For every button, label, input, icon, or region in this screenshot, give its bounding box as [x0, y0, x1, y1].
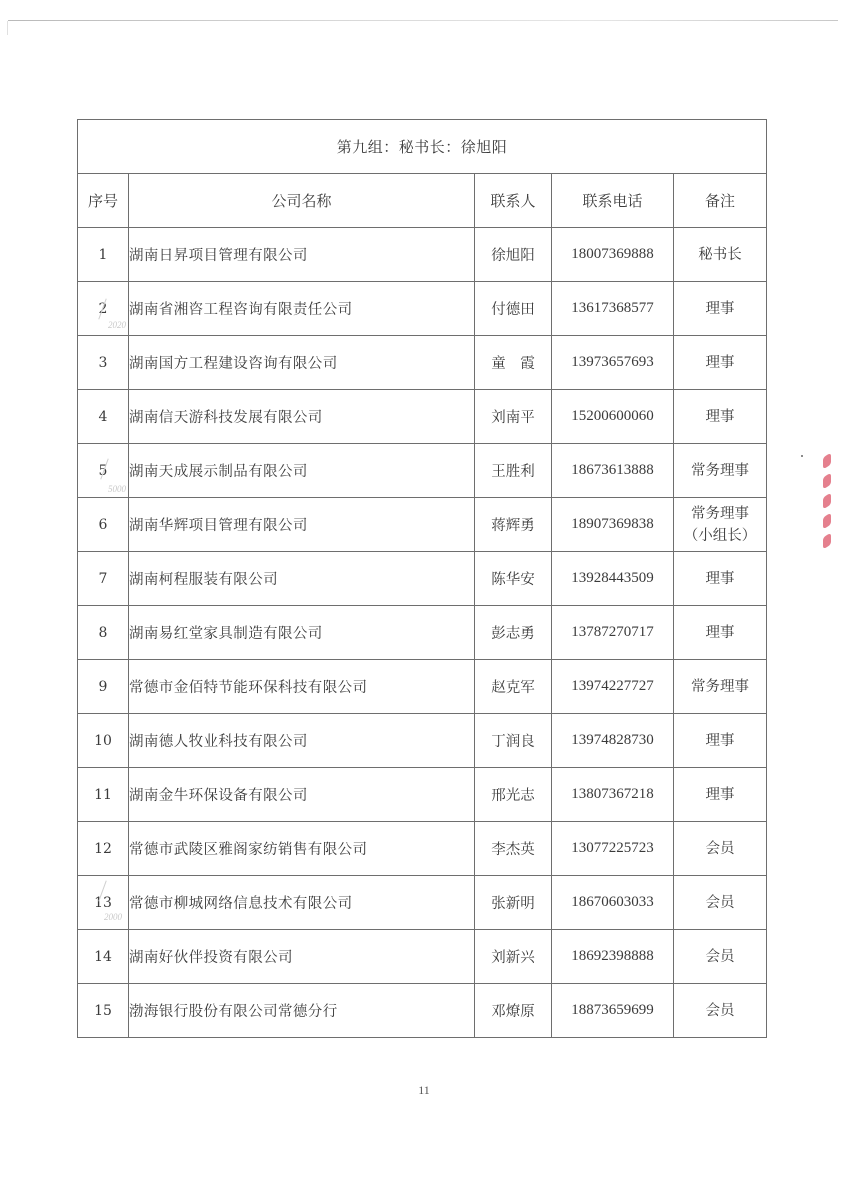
contact-person: 刘南平 [475, 390, 552, 444]
row-number: 12 [78, 822, 129, 876]
red-seal-edge [820, 455, 834, 585]
scan-edge-mark [7, 21, 8, 35]
contact-phone: 18692398888 [552, 930, 674, 984]
member-role: 理事 [674, 606, 767, 660]
row-number: 10 [78, 714, 129, 768]
table-row: 5湖南天成展示制品有限公司王胜利18673613888常务理事 [78, 444, 767, 498]
member-role-line: （小组长） [674, 525, 766, 547]
company-name: 常德市金佰特节能环保科技有限公司 [129, 660, 475, 714]
table-row: 2湖南省湘咨工程咨询有限责任公司付德田13617368577理事 [78, 282, 767, 336]
member-role: 理事 [674, 282, 767, 336]
header-no: 序号 [78, 174, 129, 228]
contact-person: 彭志勇 [475, 606, 552, 660]
table-row: 13常德市柳城网络信息技术有限公司张新明18670603033会员 [78, 876, 767, 930]
row-number: 9 [78, 660, 129, 714]
contact-phone: 13807367218 [552, 768, 674, 822]
member-role: 理事 [674, 336, 767, 390]
member-roster-table: 第九组：秘书长：徐旭阳 序号 公司名称 联系人 联系电话 备注 1湖南日昇项目管… [77, 119, 767, 1038]
row-number: 14 [78, 930, 129, 984]
row-number: 6 [78, 498, 129, 552]
table-row: 6湖南华辉项目管理有限公司蒋辉勇18907369838常务理事（小组长） [78, 498, 767, 552]
page-number: 11 [0, 1083, 848, 1098]
table-header-row: 序号 公司名称 联系人 联系电话 备注 [78, 174, 767, 228]
contact-phone: 13974828730 [552, 714, 674, 768]
company-name: 湖南天成展示制品有限公司 [129, 444, 475, 498]
contact-phone: 13973657693 [552, 336, 674, 390]
contact-person: 李杰英 [475, 822, 552, 876]
member-role: 会员 [674, 822, 767, 876]
member-role: 理事 [674, 768, 767, 822]
member-role: 常务理事（小组长） [674, 498, 767, 552]
company-name: 常德市柳城网络信息技术有限公司 [129, 876, 475, 930]
row-number: 7 [78, 552, 129, 606]
contact-phone: 13077225723 [552, 822, 674, 876]
company-name: 湖南德人牧业科技有限公司 [129, 714, 475, 768]
row-number: 15 [78, 984, 129, 1038]
contact-person: 付德田 [475, 282, 552, 336]
company-name: 湖南易红堂家具制造有限公司 [129, 606, 475, 660]
member-role: 会员 [674, 984, 767, 1038]
contact-phone: 13974227727 [552, 660, 674, 714]
member-role-line: 常务理事 [674, 503, 766, 525]
contact-phone: 18670603033 [552, 876, 674, 930]
table-row: 9常德市金佰特节能环保科技有限公司赵克军13974227727常务理事 [78, 660, 767, 714]
table-row: 8湖南易红堂家具制造有限公司彭志勇13787270717理事 [78, 606, 767, 660]
company-name: 常德市武陵区雅阁家纺销售有限公司 [129, 822, 475, 876]
row-number: 4 [78, 390, 129, 444]
header-note: 备注 [674, 174, 767, 228]
contact-person: 赵克军 [475, 660, 552, 714]
company-name: 湖南好伙伴投资有限公司 [129, 930, 475, 984]
table-row: 15渤海银行股份有限公司常德分行邓燎原18873659699会员 [78, 984, 767, 1038]
contact-phone: 15200600060 [552, 390, 674, 444]
member-role: 常务理事 [674, 660, 767, 714]
company-name: 湖南日昇项目管理有限公司 [129, 228, 475, 282]
company-name: 湖南金牛环保设备有限公司 [129, 768, 475, 822]
table-body: 1湖南日昇项目管理有限公司徐旭阳18007369888秘书长2湖南省湘咨工程咨询… [78, 228, 767, 1038]
contact-person: 徐旭阳 [475, 228, 552, 282]
table-row: 12常德市武陵区雅阁家纺销售有限公司李杰英13077225723会员 [78, 822, 767, 876]
scan-edge-line [8, 20, 838, 21]
contact-phone: 13787270717 [552, 606, 674, 660]
table-row: 1湖南日昇项目管理有限公司徐旭阳18007369888秘书长 [78, 228, 767, 282]
company-name: 湖南华辉项目管理有限公司 [129, 498, 475, 552]
header-contact: 联系人 [475, 174, 552, 228]
row-number: 1 [78, 228, 129, 282]
member-role: 会员 [674, 930, 767, 984]
table-row: 4湖南信天游科技发展有限公司刘南平15200600060理事 [78, 390, 767, 444]
contact-person: 刘新兴 [475, 930, 552, 984]
member-role: 理事 [674, 552, 767, 606]
contact-phone: 18007369888 [552, 228, 674, 282]
member-role: 秘书长 [674, 228, 767, 282]
contact-person: 邓燎原 [475, 984, 552, 1038]
table-row: 14湖南好伙伴投资有限公司刘新兴18692398888会员 [78, 930, 767, 984]
group-title-row: 第九组：秘书长：徐旭阳 [78, 120, 767, 174]
header-phone: 联系电话 [552, 174, 674, 228]
contact-person: 陈华安 [475, 552, 552, 606]
contact-person: 邢光志 [475, 768, 552, 822]
group-title: 第九组：秘书长：徐旭阳 [78, 120, 767, 174]
contact-person: 丁润良 [475, 714, 552, 768]
member-role: 理事 [674, 714, 767, 768]
contact-phone: 18673613888 [552, 444, 674, 498]
contact-phone: 18907369838 [552, 498, 674, 552]
scan-dot [801, 455, 803, 457]
contact-person: 童 霞 [475, 336, 552, 390]
company-name: 湖南柯程服装有限公司 [129, 552, 475, 606]
header-company: 公司名称 [129, 174, 475, 228]
member-role: 理事 [674, 390, 767, 444]
contact-person: 张新明 [475, 876, 552, 930]
contact-person: 蒋辉勇 [475, 498, 552, 552]
contact-phone: 13617368577 [552, 282, 674, 336]
contact-phone: 13928443509 [552, 552, 674, 606]
row-number: 8 [78, 606, 129, 660]
member-role: 会员 [674, 876, 767, 930]
table-row: 10湖南德人牧业科技有限公司丁润良13974828730理事 [78, 714, 767, 768]
member-role: 常务理事 [674, 444, 767, 498]
contact-phone: 18873659699 [552, 984, 674, 1038]
table-row: 7湖南柯程服装有限公司陈华安13928443509理事 [78, 552, 767, 606]
contact-person: 王胜利 [475, 444, 552, 498]
company-name: 渤海银行股份有限公司常德分行 [129, 984, 475, 1038]
table-row: 3湖南国方工程建设咨询有限公司童 霞13973657693理事 [78, 336, 767, 390]
company-name: 湖南省湘咨工程咨询有限责任公司 [129, 282, 475, 336]
row-number: 11 [78, 768, 129, 822]
company-name: 湖南信天游科技发展有限公司 [129, 390, 475, 444]
company-name: 湖南国方工程建设咨询有限公司 [129, 336, 475, 390]
row-number: 3 [78, 336, 129, 390]
table-row: 11湖南金牛环保设备有限公司邢光志13807367218理事 [78, 768, 767, 822]
